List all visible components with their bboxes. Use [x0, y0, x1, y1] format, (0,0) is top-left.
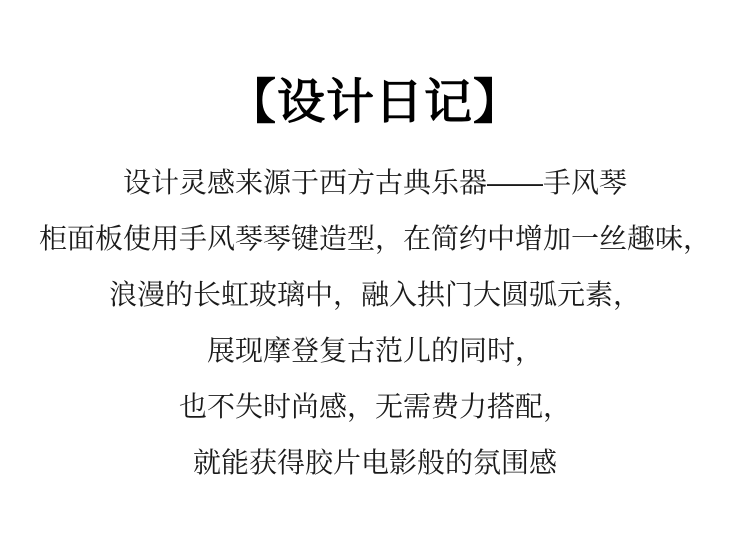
body-line: 也不失时尚感，无需费力搭配，: [0, 392, 750, 422]
page-title: 【设计日记】: [0, 72, 750, 134]
body-line: 浪漫的长虹玻璃中，融入拱门大圆弧元素，: [0, 280, 750, 310]
body-line: 展现摩登复古范儿的同时，: [0, 336, 750, 366]
body-line: 就能获得胶片电影般的氛围感: [0, 448, 750, 478]
design-diary-page: 【设计日记】 设计灵感来源于西方古典乐器——手风琴 柜面板使用手风琴琴键造型，在…: [0, 0, 750, 547]
body-line: 设计灵感来源于西方古典乐器——手风琴: [0, 168, 750, 198]
body-text-block: 设计灵感来源于西方古典乐器——手风琴 柜面板使用手风琴琴键造型，在简约中增加一丝…: [0, 168, 750, 478]
body-line: 柜面板使用手风琴琴键造型，在简约中增加一丝趣味，: [0, 224, 750, 254]
